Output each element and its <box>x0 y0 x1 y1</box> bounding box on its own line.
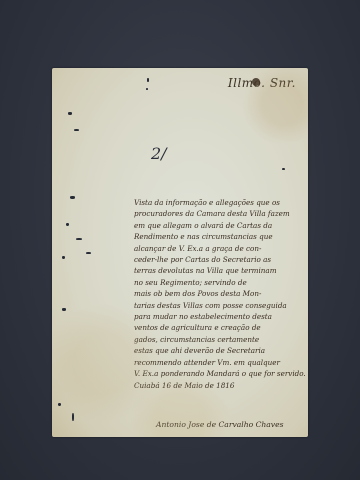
body-line: ceder-lhe por Cartas do Secretario as <box>134 254 306 265</box>
body-line: procuradores da Camara desta Villa fazem <box>134 208 306 219</box>
body-line: alcançar de V. Ex.a a graça de con- <box>134 243 306 254</box>
damage-hole <box>282 168 285 170</box>
body-line: no seu Regimento; servindo de <box>134 277 306 288</box>
body-line: para mudar no estabelecimento desta <box>134 311 306 322</box>
damage-hole <box>86 252 91 254</box>
damage-hole <box>62 308 66 311</box>
damage-hole <box>74 129 79 131</box>
margin-mark: 2/ <box>151 144 167 163</box>
body-line: V. Ex.a ponderando Mandará o que for ser… <box>134 368 306 379</box>
body-line: mais ob bem dos Povos desta Mon- <box>134 288 306 299</box>
ink-blot <box>252 78 260 86</box>
damage-hole <box>147 78 149 82</box>
damage-hole <box>68 112 72 115</box>
body-line: terras devolutas na Villa que terminam <box>134 265 306 276</box>
damage-hole <box>58 403 61 406</box>
letter-body: Vista da informação e allegações que os … <box>134 197 306 391</box>
damage-hole <box>146 88 148 90</box>
body-line: tarias destas Villas com posse conseguid… <box>134 300 306 311</box>
body-line: ventos de agricultura e creação de <box>134 322 306 333</box>
body-line: Rendimento e nas circumstancias que <box>134 231 306 242</box>
header-salutation: Illmo. Snr. <box>228 76 296 90</box>
body-line: estas que ahi deverão de Secretaria <box>134 345 306 356</box>
damage-hole <box>62 256 65 259</box>
damage-hole <box>72 413 74 421</box>
body-line: recommendo attender Vm. em qualquer <box>134 357 306 368</box>
damage-hole <box>66 223 69 226</box>
date-line: Cuiabá 16 de Maio de 1816 <box>134 380 306 391</box>
damage-hole <box>76 238 82 240</box>
manuscript-page: Illmo. Snr. 2/ Vista da informação e all… <box>52 68 308 437</box>
body-line: gados, circumstancias certamente <box>134 334 306 345</box>
body-line: Vista da informação e allegações que os <box>134 197 306 208</box>
body-line: em que allegam o alvará de Cartas da <box>134 220 306 231</box>
signature: Antonio Jose de Carvalho Chaves <box>156 420 284 429</box>
damage-hole <box>70 196 75 199</box>
